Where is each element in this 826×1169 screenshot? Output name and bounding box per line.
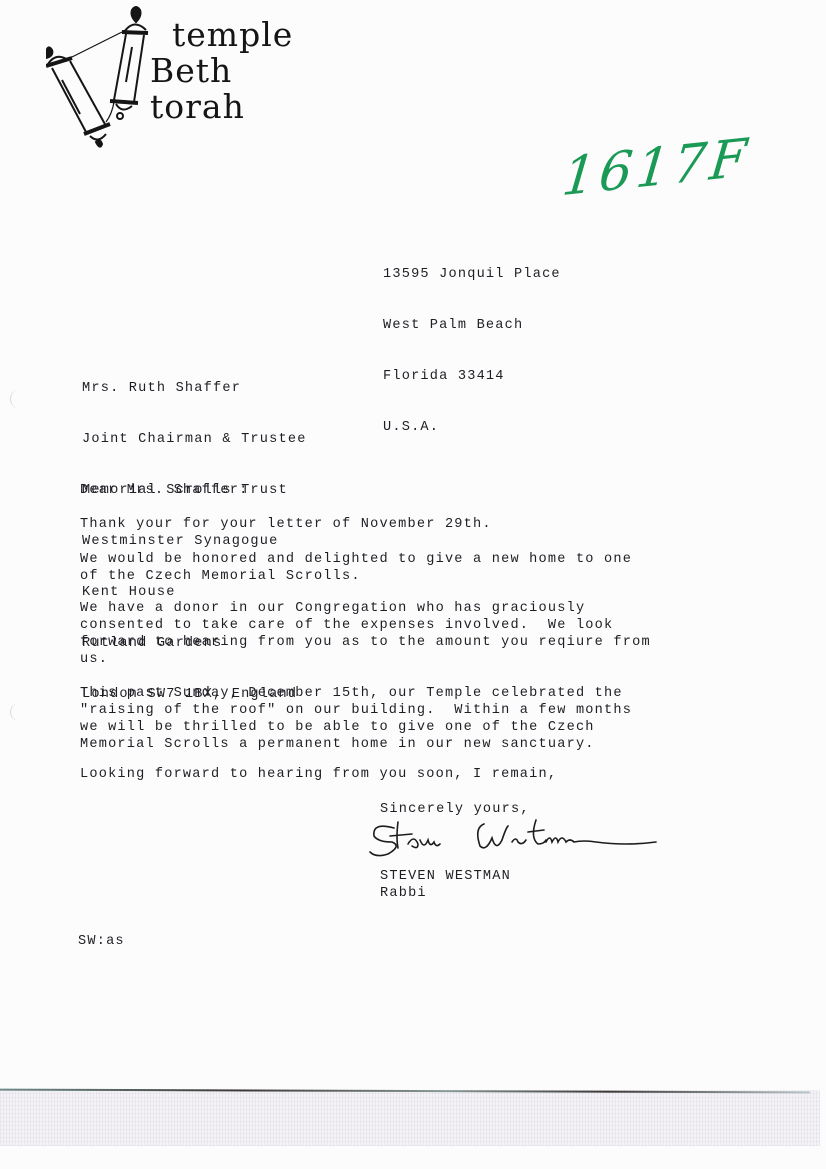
- scan-artifact: [0, 1090, 820, 1146]
- signatory-name: STEVEN WESTMAN: [380, 868, 511, 885]
- recipient-line: Westminster Synagogue: [82, 533, 307, 550]
- body-paragraph-3: We have a donor in our Congregation who …: [80, 600, 651, 668]
- handwritten-annotation: 1617F: [559, 128, 753, 209]
- logo-word-temple: temple: [172, 18, 293, 51]
- body-paragraph-2: We would be honored and delighted to giv…: [80, 551, 632, 585]
- punch-hole-mark: [10, 703, 21, 721]
- address-line: Florida 33414: [383, 368, 561, 385]
- recipient-line: Joint Chairman & Trustee: [82, 431, 307, 448]
- signature-icon: [368, 818, 668, 866]
- complimentary-close: Sincerely yours,: [380, 801, 530, 818]
- body-paragraph-4: This past Sunday, December 15th, our Tem…: [80, 685, 632, 753]
- letterhead-logo: temple Beth torah: [46, 2, 326, 162]
- logo-word-torah: torah: [150, 90, 245, 123]
- signatory-title: Rabbi: [380, 885, 427, 902]
- punch-hole-mark: [10, 390, 21, 408]
- address-line: 13595 Jonquil Place: [383, 266, 561, 283]
- reference-initials: SW:as: [78, 933, 125, 950]
- address-line: West Palm Beach: [383, 317, 561, 334]
- recipient-line: Kent House: [82, 584, 307, 601]
- recipient-line: Mrs. Ruth Shaffer: [82, 380, 307, 397]
- closing-line: Looking forward to hearing from you soon…: [80, 766, 557, 783]
- logo-word-beth: Beth: [150, 54, 232, 87]
- salutation: Dear Mrs. Shaffer:: [80, 482, 248, 499]
- body-paragraph-1: Thank your for your letter of November 2…: [80, 516, 492, 533]
- return-address: 13595 Jonquil Place West Palm Beach Flor…: [383, 232, 561, 453]
- address-line: U.S.A.: [383, 419, 561, 436]
- torah-scroll-icon: [46, 2, 166, 162]
